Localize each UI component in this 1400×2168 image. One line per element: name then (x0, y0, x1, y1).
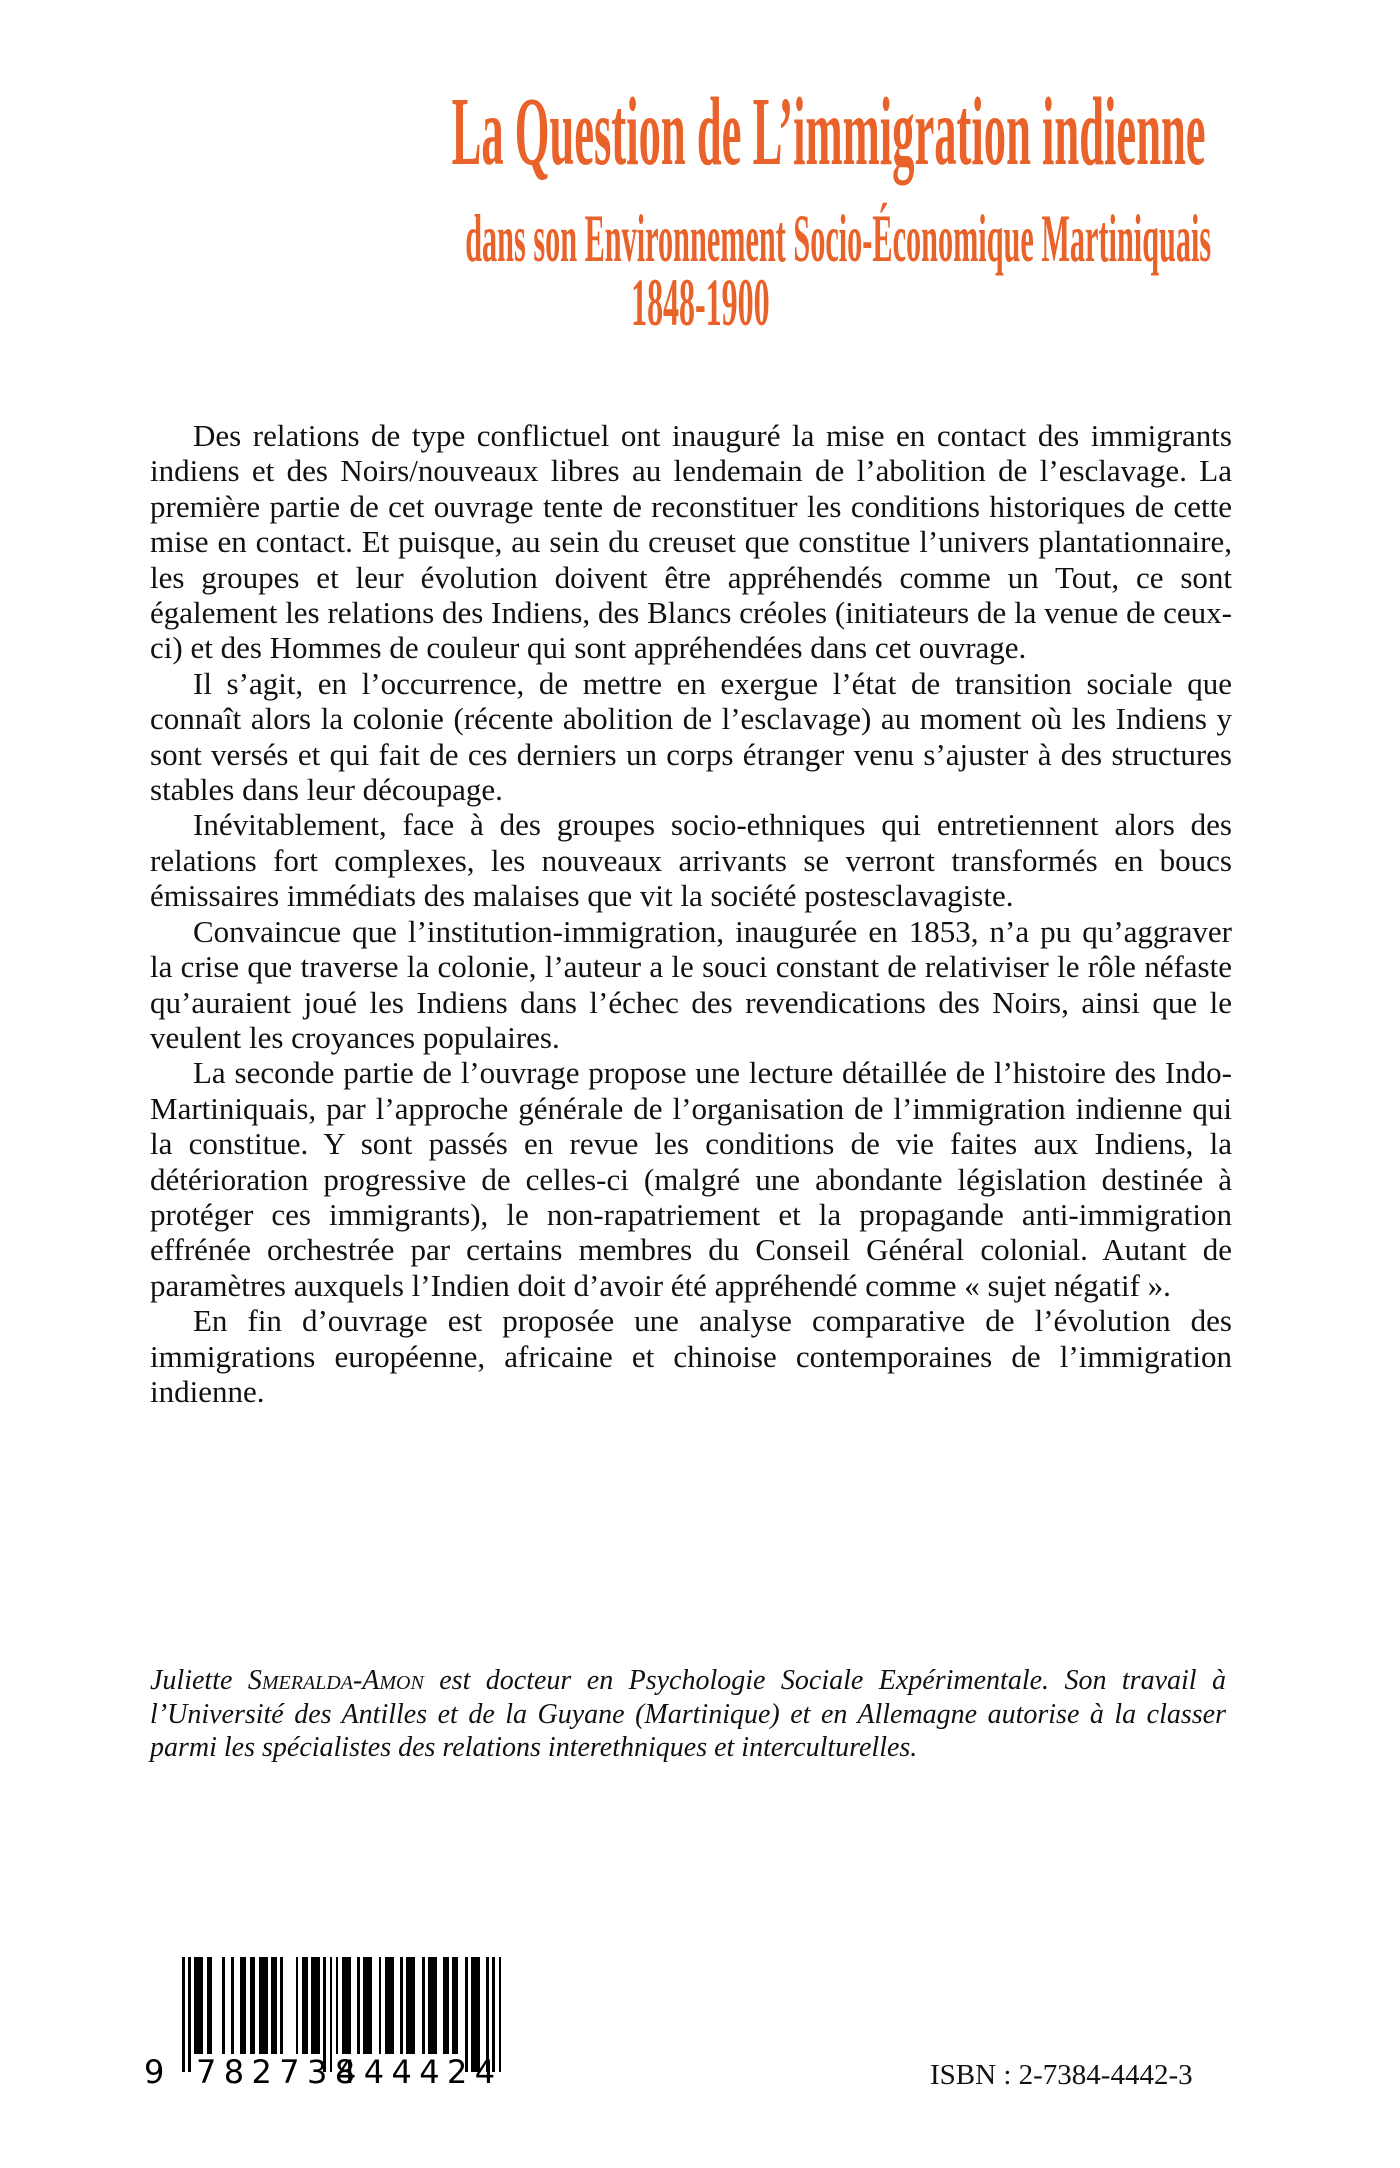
book-back-cover: La Question de L’immigration indienne da… (0, 0, 1400, 2168)
barcode-bar (259, 1957, 268, 2054)
barcode-bar (188, 1957, 191, 2072)
author-bio-paragraph: Juliette Smeralda-Amon est docteur en Ps… (150, 1664, 1226, 1765)
title-date-range: 1848-1900 (631, 266, 769, 338)
barcode-right-digits: 444424 (336, 2056, 503, 2088)
author-surname: Smeralda-Amon (248, 1665, 424, 1696)
barcode-bar (443, 1957, 449, 2054)
barcode-bar (222, 1957, 225, 2054)
barcode-lead-digit: 9 (144, 2056, 164, 2088)
barcode-bar (379, 1957, 382, 2054)
author-first-name: Juliette (150, 1665, 248, 1696)
barcode-bar (302, 1957, 308, 2054)
summary-paragraph: Il s’agit, en l’occurrence, de mettre en… (150, 666, 1232, 808)
barcode-bar (231, 1957, 234, 2054)
barcode-bar (363, 1957, 372, 2054)
summary-paragraph: En fin d’ouvrage est proposée une analys… (150, 1303, 1232, 1409)
summary-paragraph: Convaincue que l’institution-immigration… (150, 914, 1232, 1056)
barcode-bar (342, 1957, 351, 2054)
barcode-bar (240, 1957, 246, 2054)
title-line-3: 1848-1900 (0, 266, 1400, 338)
barcode-bar (422, 1957, 425, 2054)
isbn-label: ISBN : 2-7384-4442-3 (930, 2059, 1193, 2091)
barcode-bar (400, 1957, 403, 2054)
barcode-bar (182, 1957, 185, 2072)
title-subtitle: dans son Environnement Socio-Économique … (465, 202, 1211, 274)
summary-paragraph: Des relations de type conflictuel ont in… (150, 418, 1232, 666)
barcode-bar (406, 1957, 415, 2054)
barcode-bar (194, 1957, 203, 2054)
barcode-bar (296, 1957, 299, 2054)
barcode-bar (357, 1957, 360, 2054)
barcode-bar (271, 1957, 277, 2054)
barcode-bar (385, 1957, 394, 2054)
barcode-bar (452, 1957, 458, 2054)
barcode-bar (311, 1957, 320, 2054)
summary-paragraph: La seconde partie de l’ouvrage propose u… (150, 1055, 1232, 1303)
barcode-bar (207, 1957, 213, 2054)
author-bio: Juliette Smeralda-Amon est docteur en Ps… (150, 1664, 1226, 1765)
title-main: La Question de L’immigration indienne (452, 82, 1206, 182)
barcode-bar (428, 1957, 437, 2054)
summary-text: Des relations de type conflictuel ont in… (150, 418, 1232, 1409)
barcode-bar (250, 1957, 256, 2054)
title-line-1: La Question de L’immigration indienne (0, 82, 1400, 182)
barcode-bar (280, 1957, 283, 2054)
summary-paragraph: Inévitablement, face à des groupes socio… (150, 807, 1232, 913)
barcode-bar (336, 1957, 339, 2054)
